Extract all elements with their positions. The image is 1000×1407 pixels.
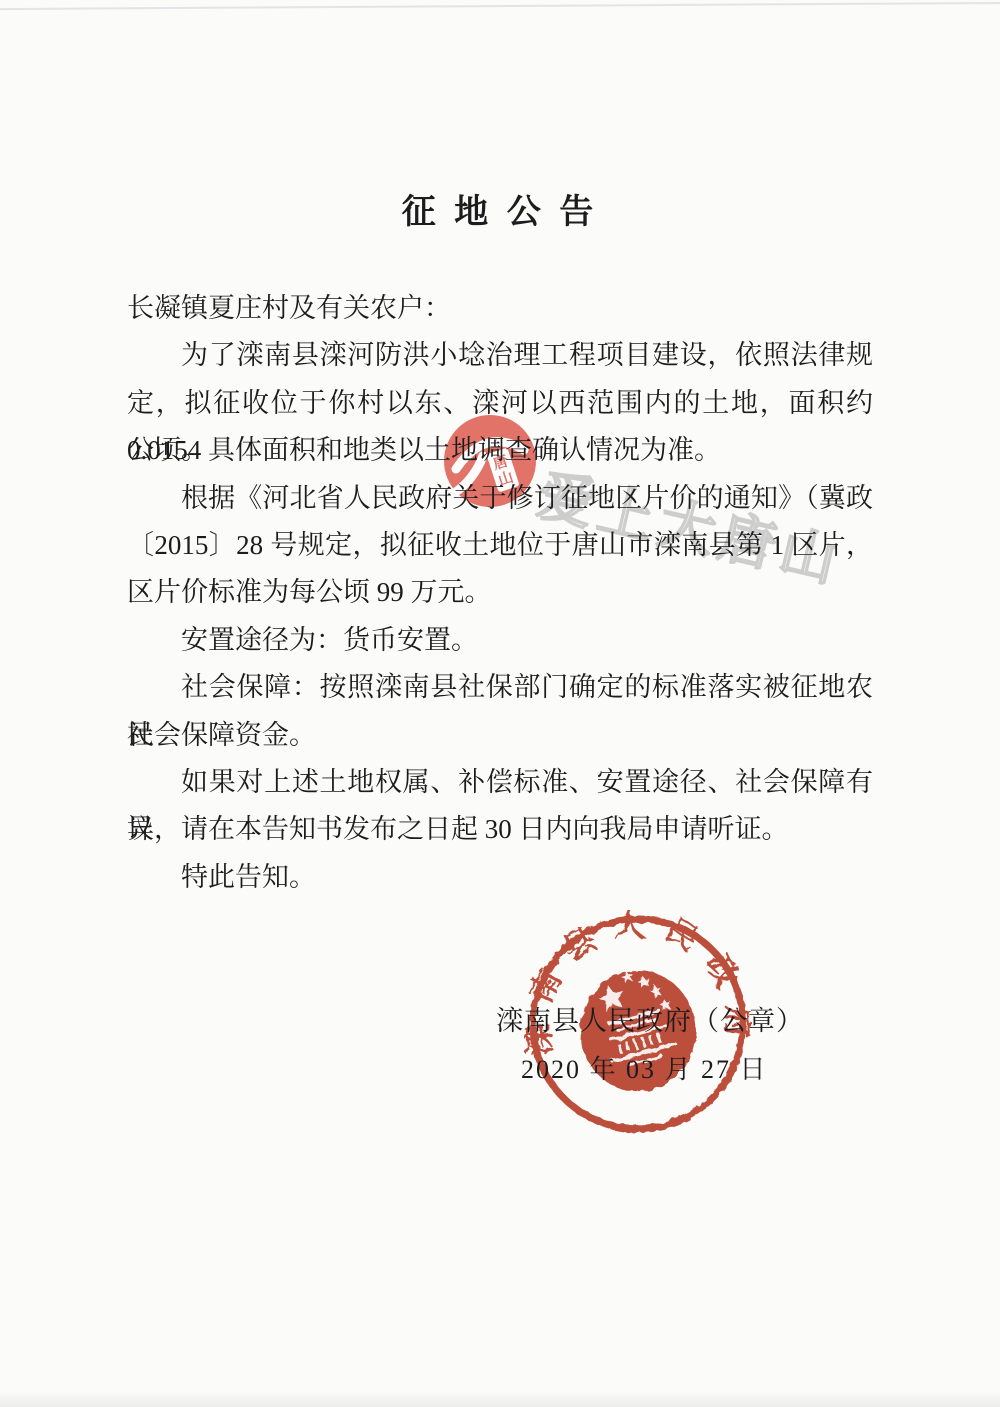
signature-line: 滦南县人民政府（公章）	[496, 999, 804, 1038]
scan-edge-line	[0, 2, 1000, 10]
date-line: 2020 年 03 月 27 日	[521, 1049, 768, 1086]
text-line: 定，拟征收位于你村以东、滦河以西范围内的土地，面积约 0.0154	[127, 380, 873, 427]
text-line: 〔2015〕28 号规定，拟征收土地位于唐山市滦南县第 1 区片，	[127, 522, 873, 569]
text-line: 长凝镇夏庄村及有关农户：	[127, 285, 873, 332]
text-line: 社会保障：按照滦南县社保部门确定的标准落实被征地农民	[127, 664, 873, 711]
page-title: 征 地 公 告	[0, 184, 1000, 233]
text-line: 安置途径为：货币安置。	[127, 617, 873, 664]
text-line: 公顷。具体面积和地类以土地调查确认情况为准。	[127, 427, 873, 474]
announcement-page: 唐 山 爱上大唐山 征 地 公 告 长凝镇夏庄村及有关农户：为了滦南县滦河防洪小…	[0, 0, 1000, 1407]
document-lines: 长凝镇夏庄村及有关农户：为了滦南县滦河防洪小埝治理工程项目建设，依照法律规定，拟…	[127, 285, 873, 901]
text-line: 根据《河北省人民政府关于修订征地区片价的通知》（冀政	[127, 475, 873, 522]
text-line: 议，请在本告知书发布之日起 30 日内向我局申请听证。	[127, 806, 873, 853]
text-line: 如果对上述土地权属、补偿标准、安置途径、社会保障有异	[127, 759, 873, 806]
scan-edge-shadow	[0, 1391, 1000, 1407]
text-line: 社会保障资金。	[127, 712, 873, 759]
text-line: 特此告知。	[127, 854, 873, 901]
text-line: 为了滦南县滦河防洪小埝治理工程项目建设，依照法律规	[127, 332, 873, 379]
text-line: 区片价标准为每公顷 99 万元。	[127, 569, 873, 616]
